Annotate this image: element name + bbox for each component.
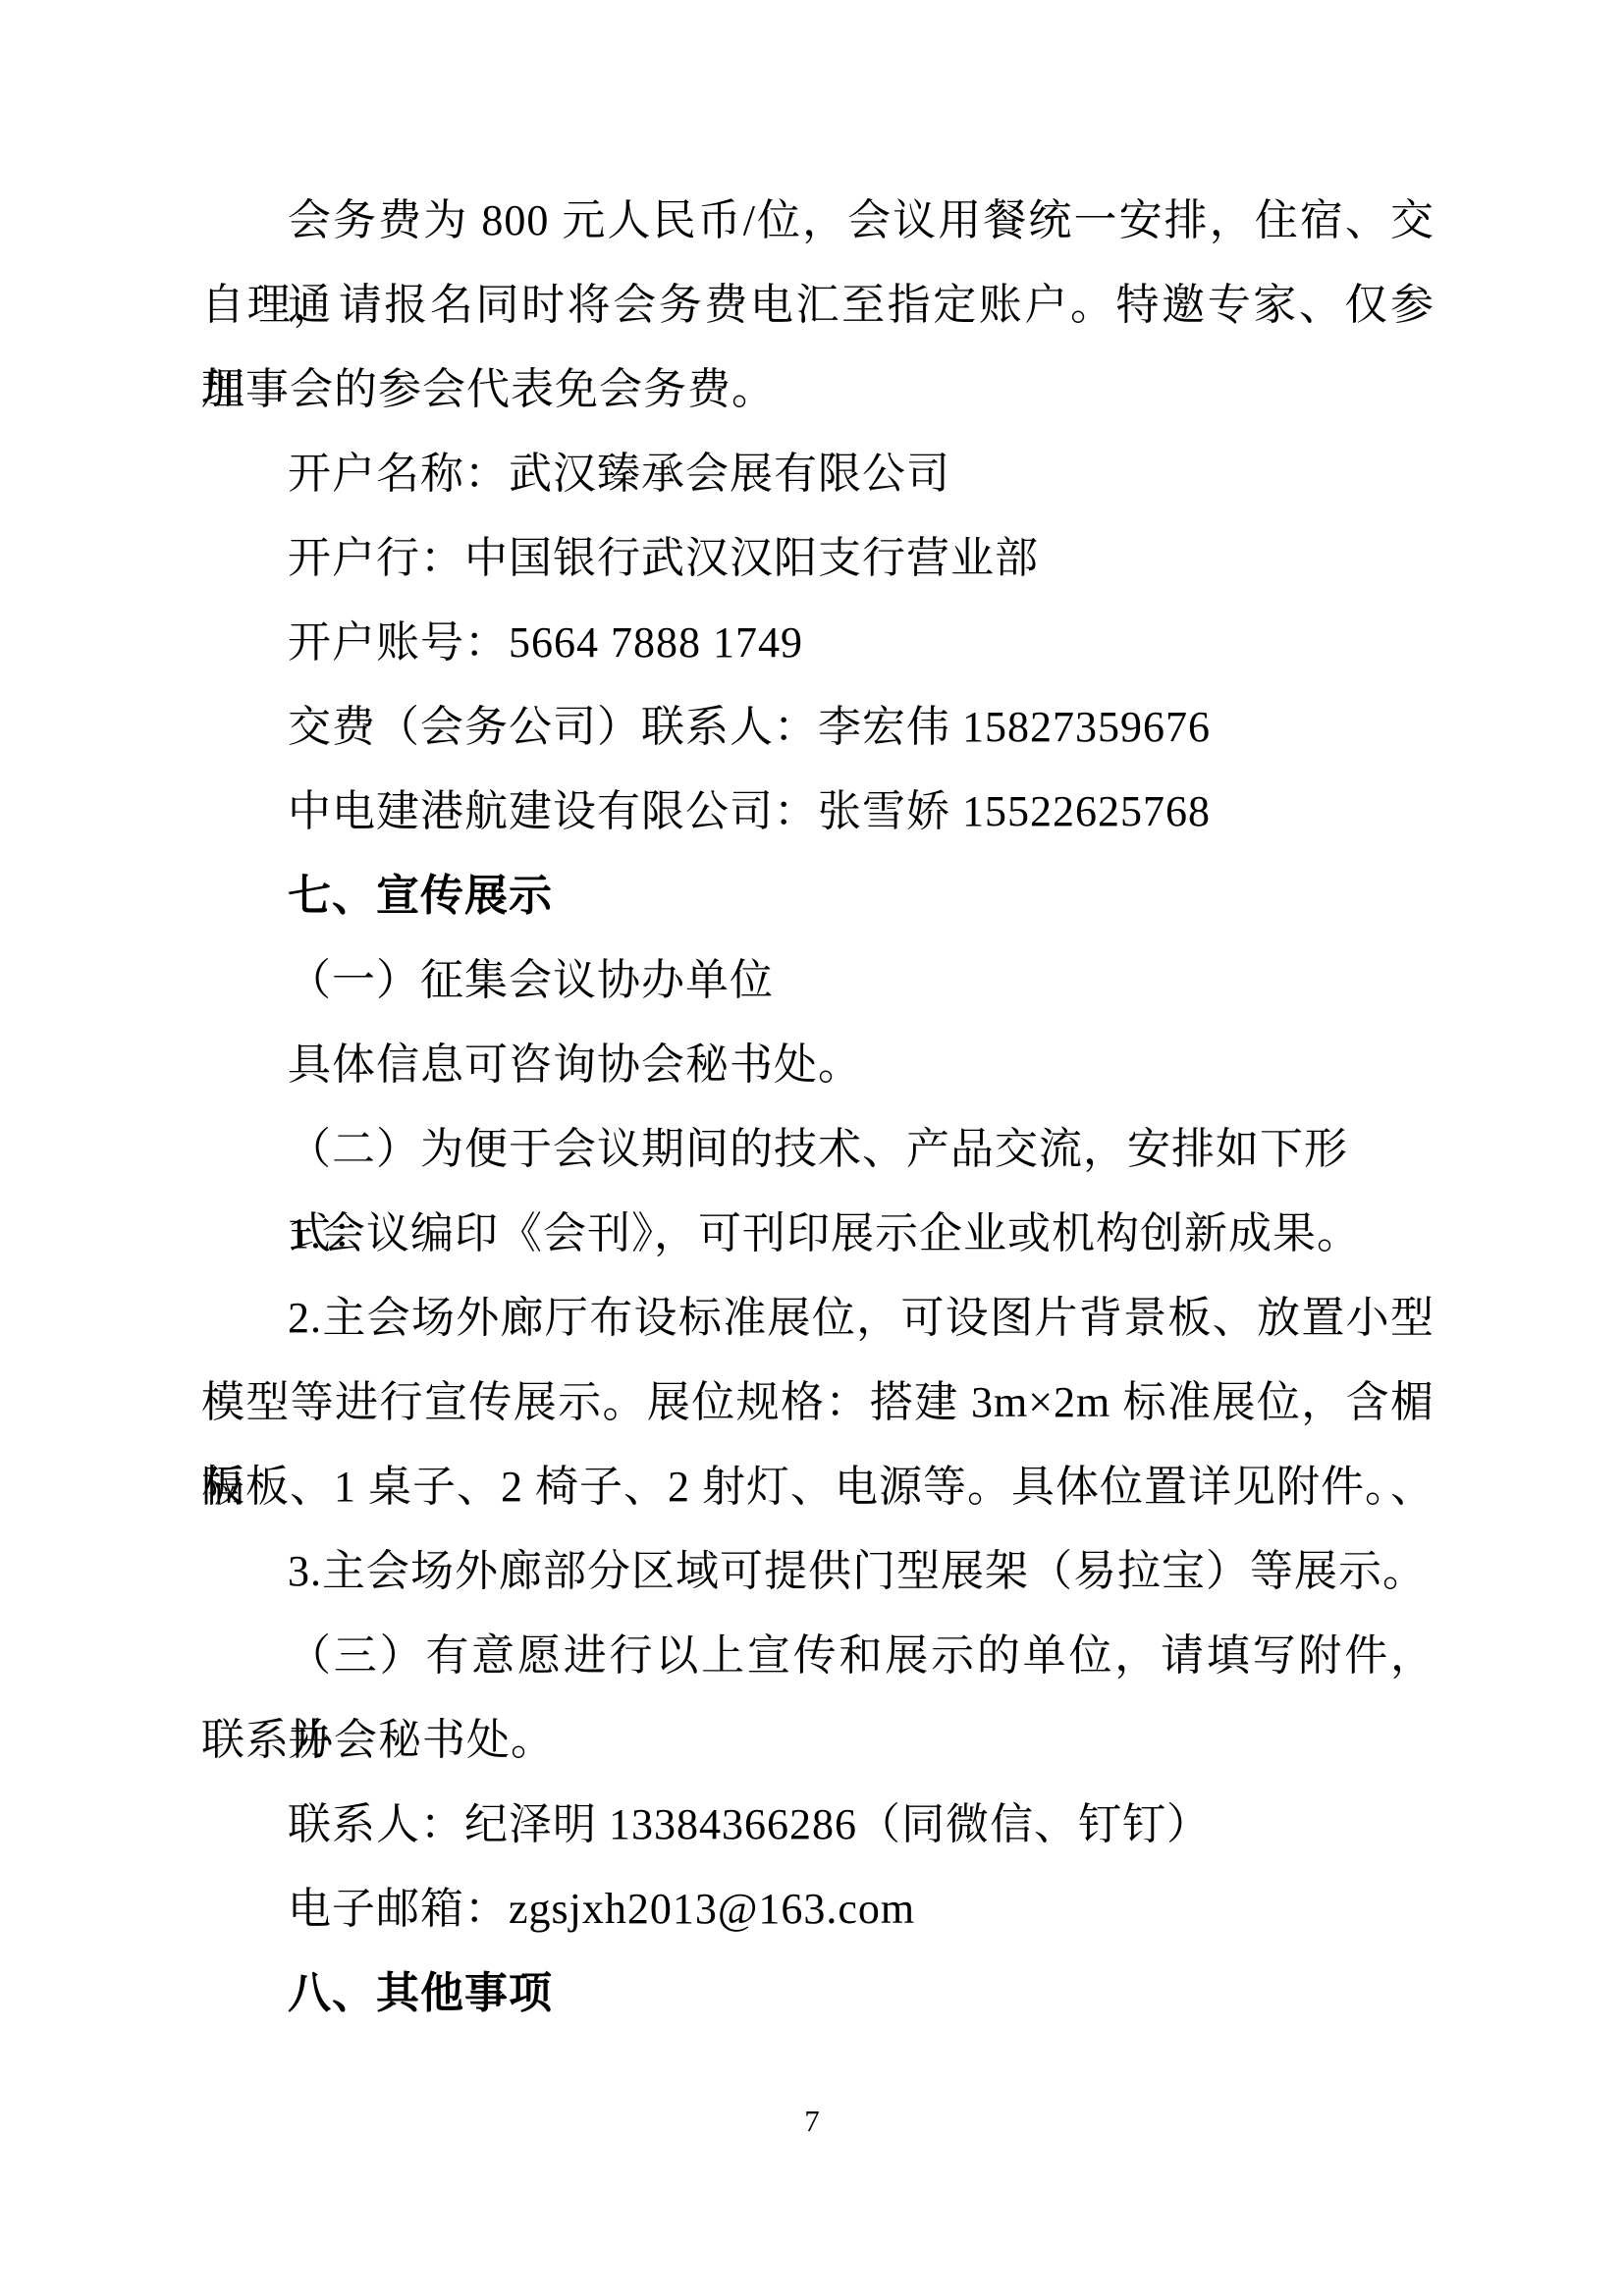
text-line: 八、其他事项 (201, 1951, 1435, 2036)
document-page: 会务费为 800 元人民币/位，会议用餐统一安排，住宿、交通自理，请报名同时将会… (0, 0, 1624, 2296)
text-line: 1.会议编印《会刊》，可刊印展示企业或机构创新成果。 (201, 1192, 1435, 1276)
text-line: 联系协会秘书处。 (201, 1698, 1435, 1783)
text-line: 隔板、1 桌子、2 椅子、2 射灯、电源等。具体位置详见附件。 (201, 1445, 1435, 1529)
para-payment-contact: 交费（会务公司）联系人：李宏伟 15827359676 (201, 685, 1435, 770)
para-email: 电子邮箱：zgsjxh2013@163.com (201, 1867, 1435, 1951)
text-line: 交费（会务公司）联系人：李宏伟 15827359676 (201, 685, 1435, 770)
text-line: 开户行：中国银行武汉汉阳支行营业部 (201, 516, 1435, 601)
para-subsection-one: （一）征集会议协办单位 (201, 938, 1435, 1023)
text-line: 2.主会场外廊厅布设标准展位，可设图片背景板、放置小型 (201, 1276, 1435, 1361)
text-line: 3.主会场外廊部分区域可提供门型展架（易拉宝）等展示。 (201, 1529, 1435, 1614)
text-line: 自理，请报名同时将会务费电汇至指定账户。特邀专家、仅参加 (201, 263, 1435, 347)
text-line: 开户名称：武汉臻承会展有限公司 (201, 432, 1435, 516)
para-secretariat-info: 具体信息可咨询协会秘书处。 (201, 1023, 1435, 1107)
para-item-1: 1.会议编印《会刊》，可刊印展示企业或机构创新成果。 (201, 1192, 1435, 1276)
para-bank-branch: 开户行：中国银行武汉汉阳支行营业部 (201, 516, 1435, 601)
para-account-name: 开户名称：武汉臻承会展有限公司 (201, 432, 1435, 516)
text-line: 会务费为 800 元人民币/位，会议用餐统一安排，住宿、交通 (201, 179, 1435, 263)
text-line: 理事会的参会代表免会务费。 (201, 347, 1435, 432)
text-line: 七、宣传展示 (201, 854, 1435, 938)
page-number: 7 (0, 2101, 1624, 2142)
heading-section-eight: 八、其他事项 (201, 1951, 1435, 2036)
para-contact-person: 联系人：纪泽明 13384366286（同微信、钉钉） (201, 1783, 1435, 1867)
para-company-contact: 中电建港航建设有限公司：张雪娇 15522625768 (201, 770, 1435, 854)
para-item-3: 3.主会场外廊部分区域可提供门型展架（易拉宝）等展示。 (201, 1529, 1435, 1614)
text-line: 模型等进行宣传展示。展位规格：搭建 3m×2m 标准展位，含楣板、 (201, 1361, 1435, 1445)
para-item-2: 2.主会场外廊厅布设标准展位，可设图片背景板、放置小型模型等进行宣传展示。展位规… (201, 1276, 1435, 1529)
text-line: 开户账号：5664 7888 1749 (201, 601, 1435, 685)
text-line: （三）有意愿进行以上宣传和展示的单位，请填写附件，并 (201, 1614, 1435, 1698)
text-line: 联系人：纪泽明 13384366286（同微信、钉钉） (201, 1783, 1435, 1867)
para-account-number: 开户账号：5664 7888 1749 (201, 601, 1435, 685)
text-line: 电子邮箱：zgsjxh2013@163.com (201, 1867, 1435, 1951)
para-subsection-three: （三）有意愿进行以上宣传和展示的单位，请填写附件，并联系协会秘书处。 (201, 1614, 1435, 1783)
text-line: （二）为便于会议期间的技术、产品交流，安排如下形式： (201, 1107, 1435, 1192)
document-body: 会务费为 800 元人民币/位，会议用餐统一安排，住宿、交通自理，请报名同时将会… (201, 179, 1435, 2036)
para-subsection-two: （二）为便于会议期间的技术、产品交流，安排如下形式： (201, 1107, 1435, 1192)
para-conference-fee: 会务费为 800 元人民币/位，会议用餐统一安排，住宿、交通自理，请报名同时将会… (201, 179, 1435, 432)
heading-section-seven: 七、宣传展示 (201, 854, 1435, 938)
text-line: 中电建港航建设有限公司：张雪娇 15522625768 (201, 770, 1435, 854)
text-line: 具体信息可咨询协会秘书处。 (201, 1023, 1435, 1107)
text-line: （一）征集会议协办单位 (201, 938, 1435, 1023)
